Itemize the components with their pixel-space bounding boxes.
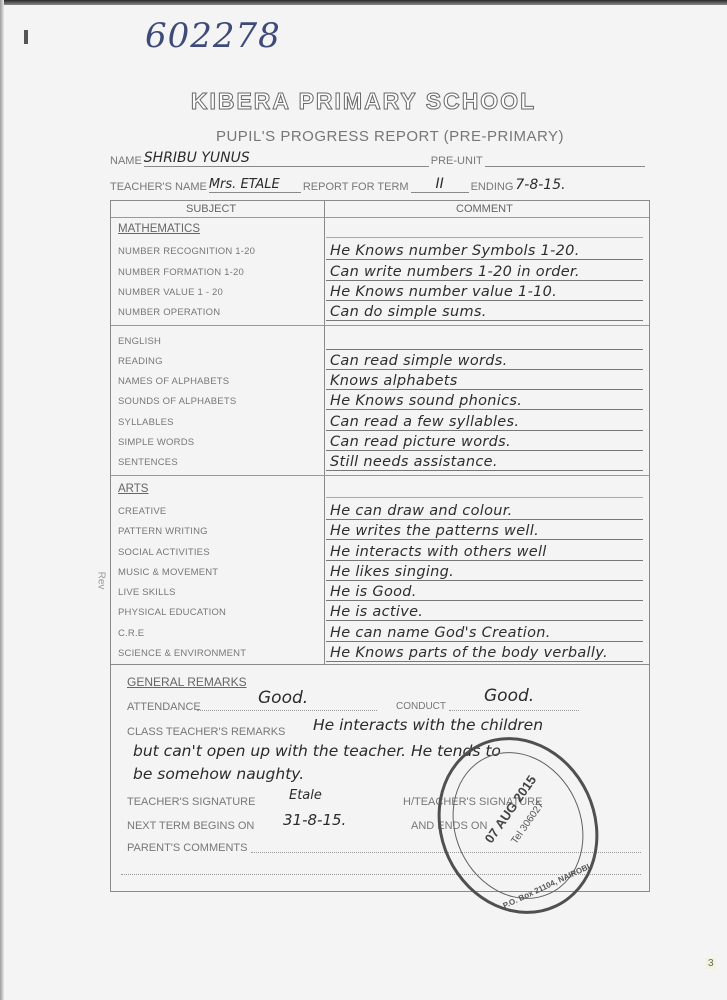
ending-value: 7-8-15. — [515, 177, 565, 193]
subject-label: SCIENCE & ENVIRONMENT — [118, 648, 246, 659]
conduct-label: CONDUCT — [396, 701, 446, 712]
parent-comments-label: PARENT'S COMMENTS — [127, 842, 247, 854]
report-title: PUPIL'S PROGRESS REPORT (PRE-PRIMARY) — [0, 128, 727, 145]
comment-text: He Knows parts of the body verbally. — [330, 645, 608, 661]
comment-line: He Knows number Symbols 1-20. — [326, 241, 643, 260]
subject-label: NUMBER RECOGNITION 1-20 — [118, 246, 255, 257]
comment-line: He can name God's Creation. — [326, 623, 643, 642]
attendance-line — [197, 710, 377, 711]
subject-label: NUMBER OPERATION — [118, 307, 220, 318]
next-term-value: 31-8-15. — [283, 811, 346, 829]
comment-line: He likes singing. — [326, 562, 643, 581]
name-row: NAME SHRIBU YUNUS PRE-UNIT — [110, 150, 647, 167]
comment-text: Can read simple words. — [330, 353, 508, 369]
comment-text: He Knows number Symbols 1-20. — [330, 243, 580, 259]
side-margin-mark: Rev — [95, 572, 106, 590]
table-header: SUBJECT COMMENT — [111, 201, 649, 218]
section-divider — [111, 325, 649, 326]
comment-text: He likes singing. — [330, 564, 454, 580]
section-divider — [111, 475, 649, 476]
teacher-row: TEACHER'S NAME Mrs. ETALE REPORT FOR TER… — [110, 176, 566, 193]
class-teacher-remarks-label: CLASS TEACHER'S REMARKS — [127, 726, 285, 738]
name-label: NAME — [110, 155, 142, 167]
comment-line: Can do simple sums. — [326, 302, 643, 321]
subject-label: SYLLABLES — [118, 417, 174, 428]
comment-line — [326, 331, 643, 350]
teacher-name-label: TEACHER'S NAME — [110, 181, 207, 193]
comment-text: He interacts with others well — [330, 544, 547, 560]
subject-label: SOUNDS OF ALPHABETS — [118, 396, 236, 407]
scan-edge-top — [0, 0, 727, 5]
comment-text: Can do simple sums. — [330, 304, 487, 320]
subject-label: C.R.E — [118, 628, 144, 639]
comment-text: He is active. — [330, 604, 423, 620]
comment-text: He can draw and colour. — [330, 503, 513, 519]
comment-text: Still needs assistance. — [330, 454, 498, 470]
comment-line: Can read a few syllables. — [326, 412, 643, 431]
comment-line: He is Good. — [326, 582, 643, 601]
comment-text: He Knows number value 1-10. — [330, 284, 557, 300]
document-id: 602278 — [145, 16, 281, 56]
comment-line: He interacts with others well — [326, 542, 643, 561]
next-term-label: NEXT TERM BEGINS ON — [127, 820, 254, 832]
pre-unit-value — [485, 166, 645, 167]
class-teacher-remarks-line-3: be somehow naughty. — [133, 765, 304, 783]
subject-label: SOCIAL ACTIVITIES — [118, 547, 210, 558]
conduct-value: Good. — [484, 686, 534, 706]
teacher-signature-label: TEACHER'S SIGNATURE — [127, 796, 255, 808]
subject-label: NUMBER FORMATION 1-20 — [118, 267, 244, 278]
comment-column-header: COMMENT — [456, 203, 513, 215]
subject-label: READING — [118, 356, 163, 367]
comment-line: He writes the patterns well. — [326, 521, 643, 540]
subject-label: SENTENCES — [118, 457, 178, 468]
subject-column-header: SUBJECT — [186, 203, 236, 215]
name-value: SHRIBU YUNUS — [144, 150, 429, 167]
school-name: KIBERA PRIMARY SCHOOL — [0, 88, 727, 115]
margin-mark — [24, 30, 28, 44]
teacher-name-value: Mrs. ETALE — [209, 177, 301, 193]
ending-label: ENDING — [471, 181, 514, 193]
section-title: ARTS — [118, 483, 148, 495]
term-label: REPORT FOR TERM — [303, 181, 409, 193]
class-teacher-remarks-line-2: but can't open up with the teacher. He t… — [133, 742, 501, 760]
comment-text: Can write numbers 1-20 in order. — [330, 264, 580, 280]
comment-line: He Knows sound phonics. — [326, 391, 643, 410]
pre-unit-label: PRE-UNIT — [431, 155, 483, 167]
subject-label: NAMES OF ALPHABETS — [118, 376, 229, 387]
comment-line: He Knows parts of the body verbally. — [326, 643, 643, 662]
subject-label: PATTERN WRITING — [118, 526, 208, 537]
subject-label: ENGLISH — [118, 336, 161, 347]
comment-line-empty — [326, 219, 643, 238]
comment-text: Can read a few syllables. — [330, 414, 519, 430]
comment-line: Knows alphabets — [326, 371, 643, 390]
subject-label: CREATIVE — [118, 506, 166, 517]
general-remarks-title: GENERAL REMARKS — [127, 675, 247, 689]
corner-mark: 3 — [706, 958, 716, 969]
scan-edge-left — [0, 0, 4, 1000]
subject-label: SIMPLE WORDS — [118, 437, 194, 448]
comment-text: He writes the patterns well. — [330, 523, 539, 539]
class-teacher-remarks-line-1: He interacts with the children — [313, 716, 543, 734]
comment-line: He is active. — [326, 602, 643, 621]
teacher-signature-value: Etale — [289, 788, 322, 803]
comment-line: Still needs assistance. — [326, 452, 643, 471]
comment-text: Can read picture words. — [330, 434, 511, 450]
comment-line: He Knows number value 1-10. — [326, 282, 643, 301]
attendance-label: ATTENDANCE — [127, 701, 201, 713]
conduct-line — [449, 710, 579, 711]
comment-line: He can draw and colour. — [326, 501, 643, 520]
comment-text: He Knows sound phonics. — [330, 393, 522, 409]
comment-text: He is Good. — [330, 584, 417, 600]
comment-text: He can name God's Creation. — [330, 625, 551, 641]
subjects-table: SUBJECT COMMENT MATHEMATICSNUMBER RECOGN… — [110, 200, 650, 665]
term-value: II — [411, 176, 469, 193]
column-divider — [324, 201, 325, 664]
comment-text: Knows alphabets — [330, 373, 458, 389]
comment-line: Can read picture words. — [326, 432, 643, 451]
subject-label: LIVE SKILLS — [118, 587, 176, 598]
subject-label: PHYSICAL EDUCATION — [118, 607, 226, 618]
comment-line: Can read simple words. — [326, 351, 643, 370]
comment-line: Can write numbers 1-20 in order. — [326, 262, 643, 281]
subject-label: MUSIC & MOVEMENT — [118, 567, 218, 578]
section-title: MATHEMATICS — [118, 223, 200, 235]
comment-line-empty — [326, 479, 643, 498]
attendance-value: Good. — [258, 688, 308, 708]
subject-label: NUMBER VALUE 1 - 20 — [118, 287, 223, 298]
